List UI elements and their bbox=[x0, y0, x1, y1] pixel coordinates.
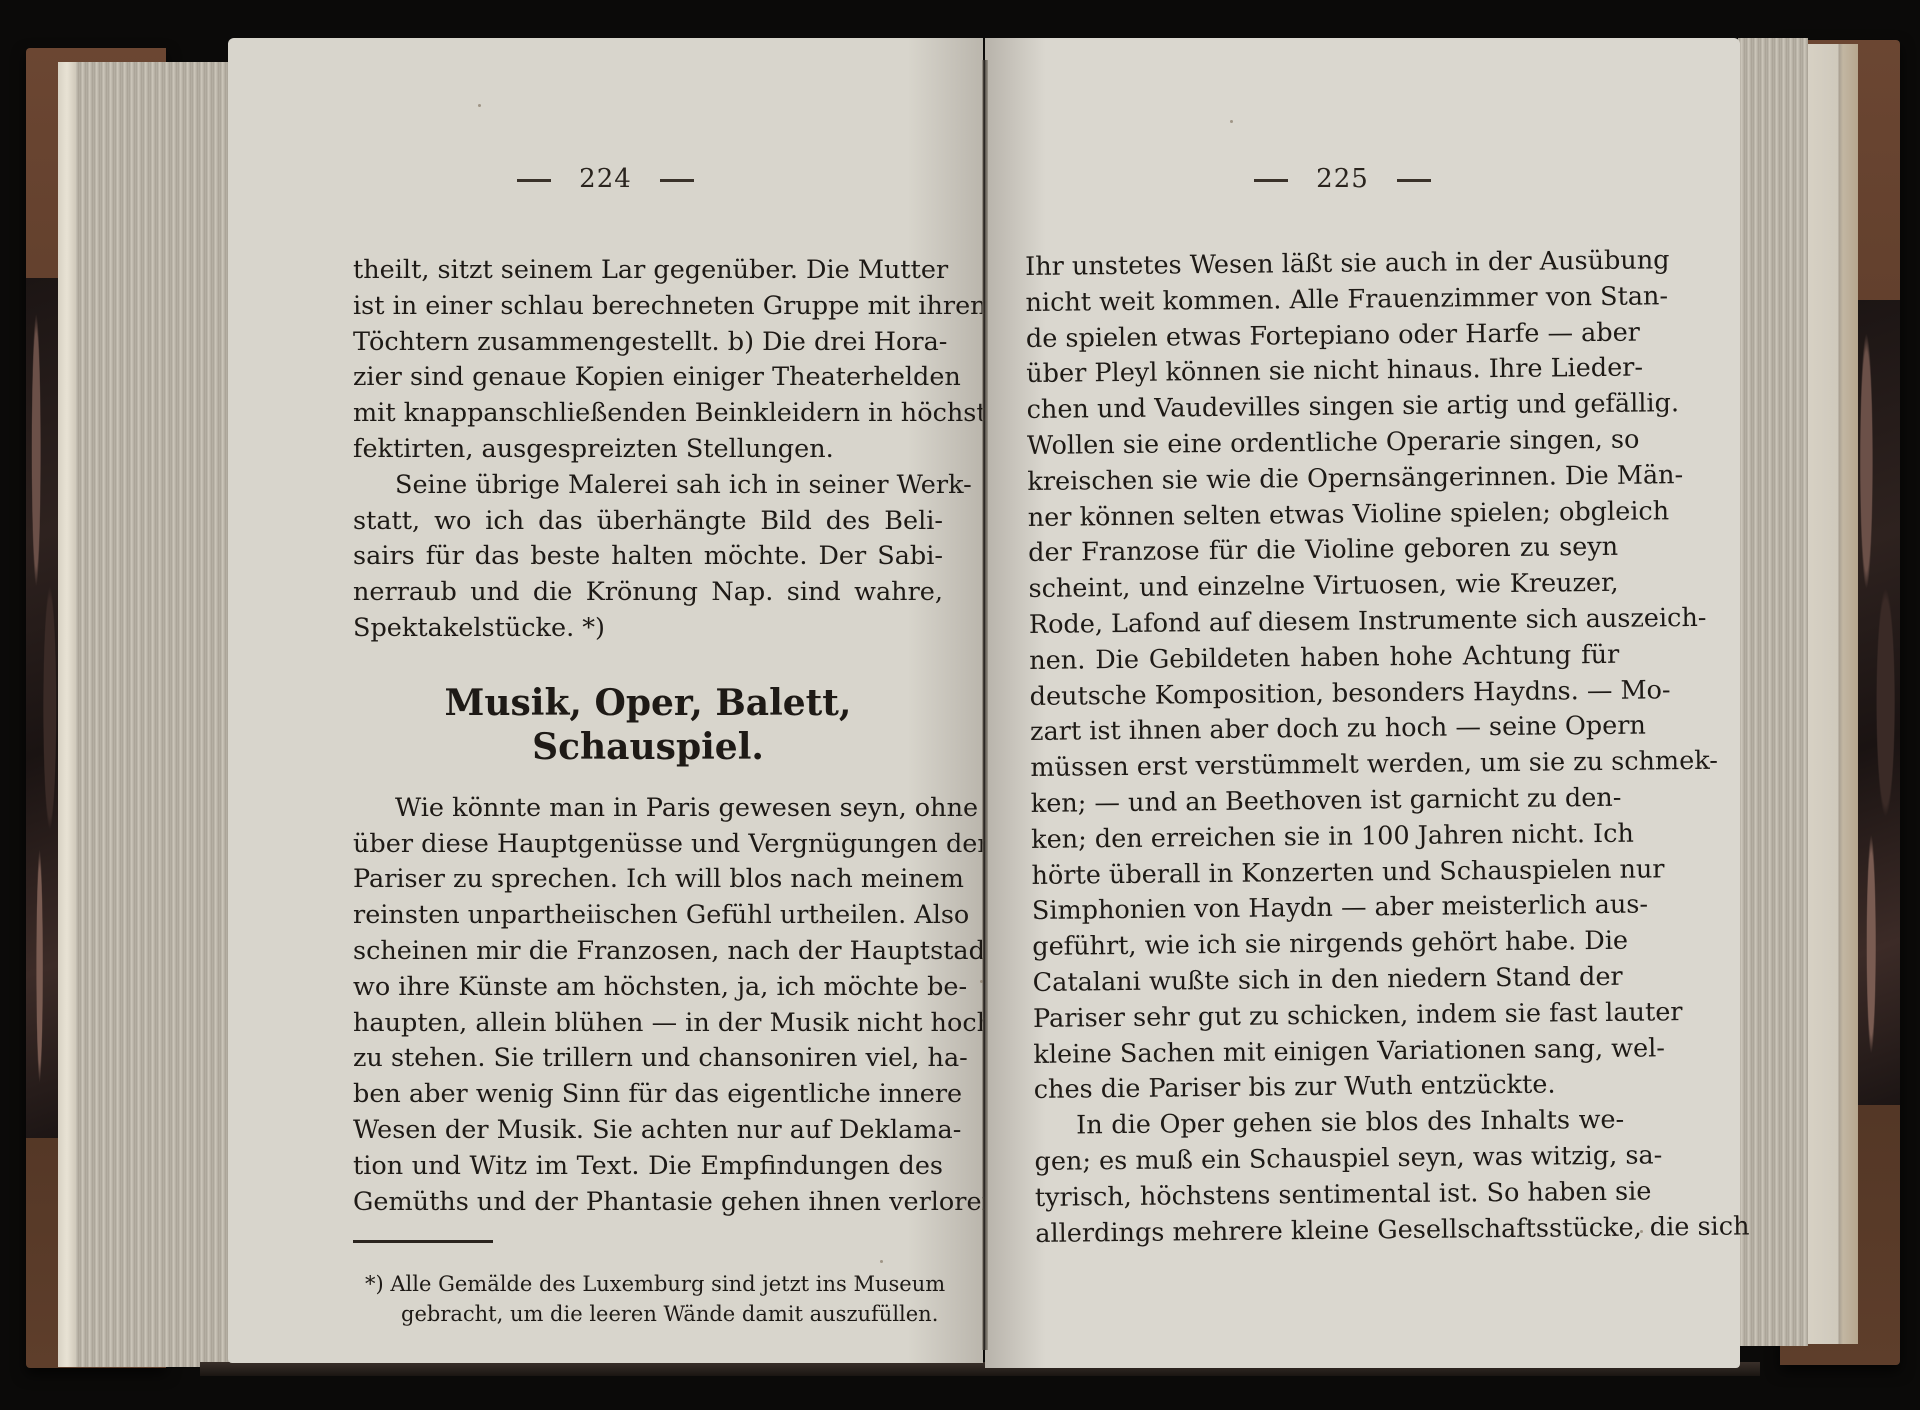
footnote-line: gebracht, um die leeren Wände damit ausz… bbox=[365, 1299, 943, 1329]
text-line: ist in einer schlau berechneten Gruppe m… bbox=[353, 289, 943, 325]
page-number-right: 225 bbox=[945, 164, 1740, 194]
text-line: der Franzose für die Violine geboren zu … bbox=[1028, 530, 1618, 572]
paper-speck bbox=[980, 980, 983, 983]
text-line: tyrisch, höchstens sentimental ist. So h… bbox=[1035, 1174, 1625, 1216]
left-page-block bbox=[58, 62, 233, 1367]
folio-dash bbox=[1397, 179, 1431, 182]
text-line: müssen erst verstümmelt werden, um sie z… bbox=[1030, 745, 1620, 787]
text-line: reinsten unpartheiischen Gefühl urtheile… bbox=[353, 898, 943, 934]
right-page: 225 Ihr unstetes Wesen läßt sie auch in … bbox=[985, 38, 1740, 1368]
text-line: gen; es muß ein Schauspiel seyn, was wit… bbox=[1034, 1139, 1624, 1181]
text-line: fektirten, ausgespreizten Stellungen. bbox=[353, 432, 943, 468]
text-line: Spektakelstücke. *) bbox=[353, 611, 943, 647]
text-line: Töchtern zusammengestellt. b) Die drei H… bbox=[353, 325, 943, 361]
text-line: Pariser sehr gut zu schicken, indem sie … bbox=[1033, 996, 1623, 1038]
footnote-marker: *) bbox=[365, 1272, 384, 1296]
right-endpaper bbox=[1808, 44, 1858, 1344]
text-line: ken; den erreichen sie in 100 Jahren nic… bbox=[1031, 817, 1621, 859]
text-line: zier sind genaue Kopien einiger Theaterh… bbox=[353, 360, 943, 396]
text-line: ben aber wenig Sinn für das eigentliche … bbox=[353, 1077, 943, 1113]
text-line: kreischen sie wie die Opernsängerinnen. … bbox=[1027, 459, 1617, 501]
footnote-rule bbox=[353, 1240, 493, 1243]
text-line: Wie könnte man in Paris gewesen seyn, oh… bbox=[353, 791, 943, 827]
text-line: sairs für das beste halten möchte. Der S… bbox=[353, 539, 943, 575]
text-line: kleine Sachen mit einigen Variationen sa… bbox=[1033, 1031, 1623, 1073]
book-gutter bbox=[982, 60, 988, 1350]
folio-dash bbox=[660, 179, 694, 182]
left-page: 224 theilt, sitzt seinem Lar gegenüber. … bbox=[228, 38, 983, 1363]
section-heading: Musik, Oper, Balett, Schauspiel. bbox=[353, 681, 943, 769]
text-line: ken; — und an Beethoven ist garnicht zu … bbox=[1031, 781, 1621, 823]
text-line: wo ihre Künste am höchsten, ja, ich möch… bbox=[353, 970, 943, 1006]
folio-dash bbox=[1254, 179, 1288, 182]
text-line: ner können selten etwas Violine spielen;… bbox=[1028, 494, 1618, 536]
text-line: Wesen der Musik. Sie achten nur auf Dekl… bbox=[353, 1113, 943, 1149]
text-line: Seine übrige Malerei sah ich in seiner W… bbox=[353, 468, 943, 504]
paper-speck bbox=[478, 104, 481, 107]
text-line: geführt, wie ich sie nirgends gehört hab… bbox=[1032, 924, 1622, 966]
text-line: nerraub und die Krönung Nap. sind wahre, bbox=[353, 575, 943, 611]
text-line: hörte überall in Konzerten und Schauspie… bbox=[1031, 852, 1621, 894]
text-line: nen. Die Gebildeten haben hohe Achtung f… bbox=[1029, 638, 1619, 680]
text-line: In die Oper gehen sie blos des Inhalts w… bbox=[1034, 1103, 1624, 1145]
footnote-line: Alle Gemälde des Luxemburg sind jetzt in… bbox=[390, 1272, 945, 1296]
open-book: 224 theilt, sitzt seinem Lar gegenüber. … bbox=[0, 0, 1920, 1410]
text-line: scheinen mir die Franzosen, nach der Hau… bbox=[353, 934, 943, 970]
text-line: scheint, und einzelne Virtuosen, wie Kre… bbox=[1028, 566, 1618, 608]
page-number-left: 224 bbox=[228, 164, 983, 194]
text-line: Catalani wußte sich in den niedern Stand… bbox=[1032, 960, 1622, 1002]
text-line: Simphonien von Haydn — aber meisterlich … bbox=[1032, 888, 1622, 930]
text-line: Gemüths und der Phantasie gehen ihnen ve… bbox=[353, 1185, 943, 1221]
left-page-text: theilt, sitzt seinem Lar gegenüber. Die … bbox=[353, 253, 943, 1329]
footnote: *) Alle Gemälde des Luxemburg sind jetzt… bbox=[353, 1269, 943, 1329]
text-line: haupten, allein blühen — in der Musik ni… bbox=[353, 1006, 943, 1042]
text-line: Ihr unstetes Wesen läßt sie auch in der … bbox=[1025, 244, 1615, 286]
text-line: Rode, Lafond auf diesem Instrumente sich… bbox=[1029, 602, 1619, 644]
paper-speck bbox=[1230, 120, 1233, 123]
page-number-text: 225 bbox=[1316, 164, 1369, 194]
text-line: ches die Pariser bis zur Wuth entzückte. bbox=[1034, 1067, 1624, 1109]
right-page-text: Ihr unstetes Wesen läßt sie auch in der … bbox=[1025, 244, 1625, 1252]
paper-speck bbox=[1640, 1230, 1643, 1233]
text-line: Wollen sie eine ordentliche Operarie sin… bbox=[1027, 423, 1617, 465]
left-flyleaf bbox=[58, 62, 76, 1367]
text-line: allerdings mehrere kleine Gesellschaftss… bbox=[1035, 1210, 1625, 1252]
right-page-block bbox=[1738, 38, 1808, 1346]
folio-dash bbox=[517, 179, 551, 182]
text-line: chen und Vaudevilles singen sie artig un… bbox=[1026, 387, 1616, 429]
text-line: theilt, sitzt seinem Lar gegenüber. Die … bbox=[353, 253, 943, 289]
left-marbled-board bbox=[26, 278, 60, 1138]
text-line: über Pleyl können sie nicht hinaus. Ihre… bbox=[1026, 351, 1616, 393]
text-line: mit knappanschließenden Beinkleidern in … bbox=[353, 396, 943, 432]
paper-speck bbox=[880, 1260, 883, 1263]
text-line: zart ist ihnen aber doch zu hoch — seine… bbox=[1030, 709, 1620, 751]
text-line: deutsche Komposition, besonders Haydns. … bbox=[1029, 673, 1619, 715]
right-marbled-board bbox=[1852, 300, 1900, 1105]
text-line: über diese Hauptgenüsse und Vergnügungen… bbox=[353, 827, 943, 863]
text-line: nicht weit kommen. Alle Frauenzimmer von… bbox=[1025, 280, 1615, 322]
text-line: de spielen etwas Fortepiano oder Harfe —… bbox=[1026, 315, 1616, 357]
text-line: zu stehen. Sie trillern und chansoniren … bbox=[353, 1041, 943, 1077]
text-line: Pariser zu sprechen. Ich will blos nach … bbox=[353, 862, 943, 898]
page-number-text: 224 bbox=[579, 164, 632, 194]
text-line: statt, wo ich das überhängte Bild des Be… bbox=[353, 504, 943, 540]
text-line: tion und Witz im Text. Die Empfindungen … bbox=[353, 1149, 943, 1185]
